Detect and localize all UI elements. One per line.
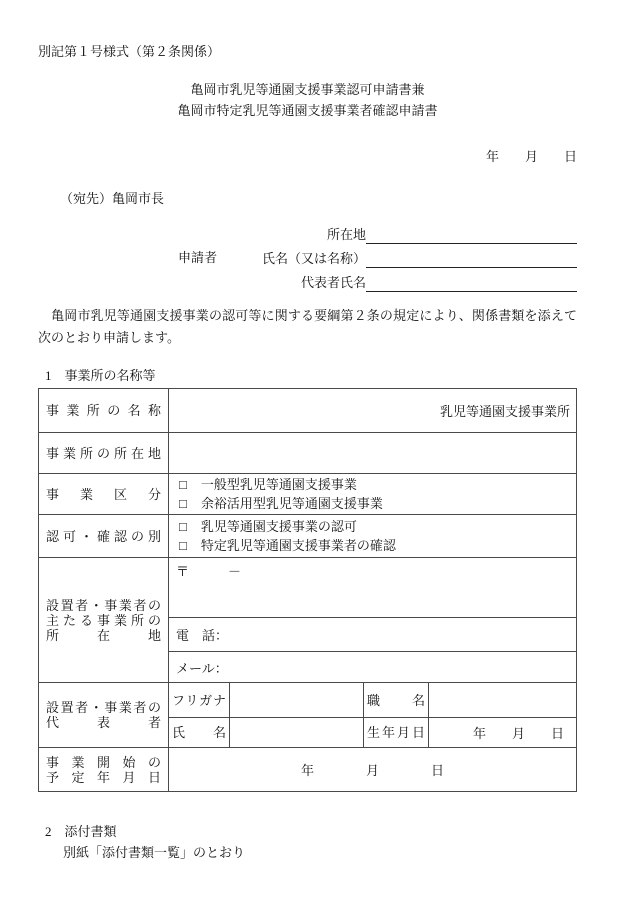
table-row-approval-type: 認可・確認の別 □ 乳児等通園支援事業の認可 □ 特定乳児等通園支援事業者の確認 (39, 514, 576, 557)
applicant-name-underline (366, 250, 577, 268)
form-page: 別記第１号様式（第２条関係） 亀岡市乳児等通園支援事業認可申請書兼 亀岡市特定乳… (0, 0, 630, 903)
email-cell: メール： (169, 651, 576, 682)
checkbox-icon: □ (179, 517, 187, 536)
office-name-label-cell: 事業所の名称 (39, 389, 169, 432)
approval-type-label: 認可・確認の別 (46, 529, 161, 544)
form-number: 別記第１号様式（第２条関係） (38, 42, 577, 62)
category-option-general-label: 一般型乳児等通園支援事業 (201, 475, 357, 494)
section2-body: 別紙「添付書類一覧」のとおり (38, 843, 577, 863)
birthdate-label-cell: 生年月日 (363, 717, 428, 747)
start-date-label-line2: 予定年月日 (46, 770, 161, 785)
business-category-label: 事業区分 (46, 487, 161, 502)
postal-code-line: 〒 － (176, 561, 241, 580)
furigana-label-cell: フリガナ (169, 683, 229, 717)
form-title-line2: 亀岡市特定乳児等通園支援事業者確認申請書 (38, 100, 577, 121)
applicant-field-row-representative: 代表者氏名 (224, 268, 577, 292)
applicant-location-underline (366, 226, 577, 244)
application-table: 事業所の名称 乳児等通園支援事業所 事業所の所在地 事業区分 □ 一般型乳児等通… (38, 388, 577, 792)
operator-office-address-label-cell: 設置者・事業者の 主たる事業所の 所在地 (39, 558, 169, 682)
date-line: 年 月 日 (38, 147, 577, 167)
email-label: メール： (176, 658, 228, 677)
table-row-office-name: 事業所の名称 乳児等通園支援事業所 (39, 389, 576, 432)
position-value (428, 683, 576, 717)
office-location-label: 事業所の所在地 (46, 446, 161, 461)
checkbox-icon: □ (179, 475, 187, 494)
representative-name-label-cell: 氏名 (169, 717, 229, 747)
approval-type-label-cell: 認可・確認の別 (39, 515, 169, 557)
applicant-field-row-name: 氏名（又は名称） (224, 244, 577, 268)
business-category-options: □ 一般型乳児等通園支援事業 □ 余裕活用型乳児等通園支援事業 (169, 474, 576, 514)
representative-grid: フリガナ 職名 氏名 生年月日 年 月 日 (169, 683, 576, 747)
applicant-representative-label: 代表者氏名 (224, 274, 366, 292)
approval-option-confirmation-label: 特定乳児等通園支援事業者の確認 (201, 536, 396, 555)
applicant-label: 申請者 (178, 247, 224, 266)
section2-heading: 2 添付書類 (38, 822, 577, 842)
category-option-general: □ 一般型乳児等通園支援事業 (179, 475, 576, 494)
representative-label-line1: 設置者・事業者の (46, 700, 161, 715)
furigana-value (229, 683, 363, 717)
section1-heading: 1 事業所の名称等 (38, 366, 577, 386)
category-option-surplus-label: 余裕活用型乳児等通園支援事業 (201, 494, 383, 513)
applicant-block: 申請者 所在地 氏名（又は名称） 代表者氏名 (178, 220, 577, 292)
phone-cell: 電 話： (169, 617, 576, 651)
office-location-value (169, 433, 576, 473)
start-date-value: 年 月 日 (169, 748, 576, 791)
birthdate-value: 年 月 日 (428, 717, 576, 747)
approval-option-confirmation: □ 特定乳児等通園支援事業者の確認 (179, 536, 576, 555)
birthdate-label: 生年月日 (367, 725, 425, 740)
applicant-field-row-location: 所在地 (224, 220, 577, 244)
furigana-label: フリガナ (172, 693, 226, 708)
category-option-surplus: □ 余裕活用型乳児等通園支援事業 (179, 494, 576, 513)
intro-paragraph: 亀岡市乳児等通園支援事業の認可等に関する要綱第２条の規定により、関係書類を添えて… (38, 305, 577, 349)
business-category-label-cell: 事業区分 (39, 474, 169, 514)
office-name-value: 乳児等通園支援事業所 (169, 389, 576, 432)
table-row-office-location: 事業所の所在地 (39, 432, 576, 473)
representative-label-cell: 設置者・事業者の 代表者 (39, 683, 169, 747)
operator-office-address-label-line3: 所在地 (46, 628, 161, 643)
start-date-label-line1: 事業開始の (46, 755, 161, 770)
checkbox-icon: □ (179, 494, 187, 513)
form-title: 亀岡市乳児等通園支援事業認可申請書兼 亀岡市特定乳児等通園支援事業者確認申請書 (38, 79, 577, 121)
position-label: 職名 (367, 693, 425, 708)
approval-type-options: □ 乳児等通園支援事業の認可 □ 特定乳児等通園支援事業者の確認 (169, 515, 576, 557)
applicant-representative-underline (366, 274, 577, 292)
representative-name-value (229, 717, 363, 747)
checkbox-icon: □ (179, 536, 187, 555)
approval-option-license: □ 乳児等通園支援事業の認可 (179, 517, 576, 536)
approval-option-license-label: 乳児等通園支援事業の認可 (201, 517, 357, 536)
representative-label-line2: 代表者 (46, 715, 161, 730)
table-row-representative: 設置者・事業者の 代表者 フリガナ 職名 氏名 生年月日 年 (39, 682, 576, 747)
operator-office-address-label-line1: 設置者・事業者の (46, 598, 161, 613)
representative-name-label: 氏名 (172, 725, 226, 740)
applicant-name-label: 氏名（又は名称） (224, 250, 366, 268)
addressee: （宛先）亀岡市長 (60, 189, 577, 209)
operator-office-address-fields: 〒 － 電 話： メール： (169, 558, 576, 682)
start-date-label-cell: 事業開始の 予定年月日 (39, 748, 169, 791)
applicant-location-label: 所在地 (224, 226, 366, 244)
office-location-label-cell: 事業所の所在地 (39, 433, 169, 473)
form-title-line1: 亀岡市乳児等通園支援事業認可申請書兼 (38, 79, 577, 100)
table-row-start-date: 事業開始の 予定年月日 年 月 日 (39, 747, 576, 791)
position-label-cell: 職名 (363, 683, 428, 717)
operator-office-address-label-line2: 主たる事業所の (46, 613, 161, 628)
table-row-business-category: 事業区分 □ 一般型乳児等通園支援事業 □ 余裕活用型乳児等通園支援事業 (39, 473, 576, 514)
applicant-fields: 所在地 氏名（又は名称） 代表者氏名 (224, 220, 577, 292)
phone-label: 電 話： (176, 625, 228, 644)
table-row-operator-office-address: 設置者・事業者の 主たる事業所の 所在地 〒 － 電 話： メール： (39, 557, 576, 682)
office-name-label: 事業所の名称 (46, 403, 161, 418)
postal-address-cell: 〒 － (169, 558, 576, 617)
